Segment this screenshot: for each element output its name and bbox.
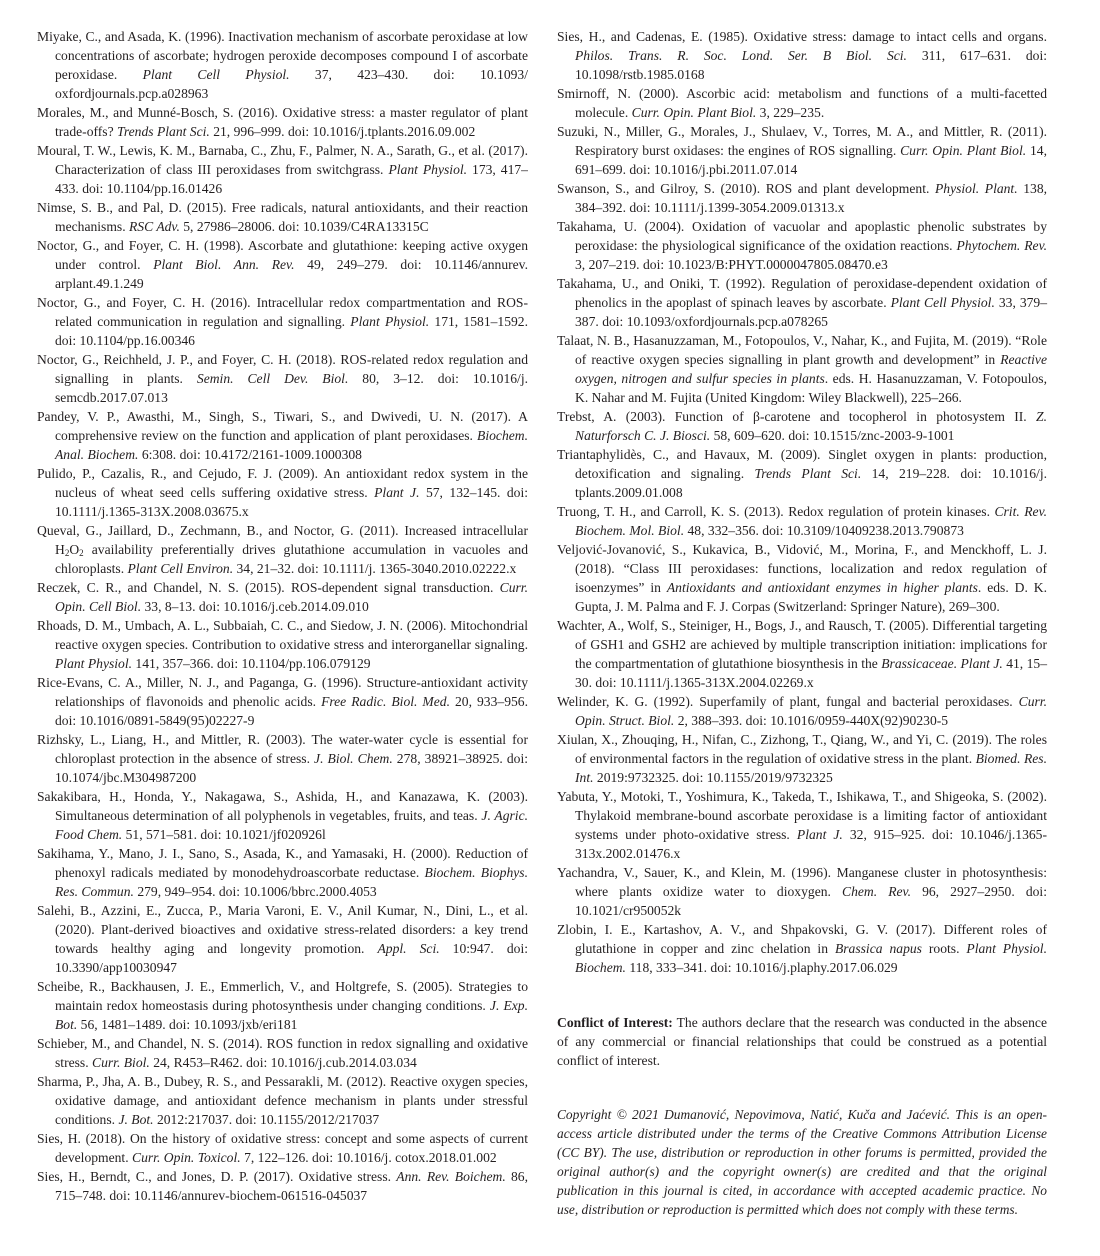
reference-entry: Morales, M., and Munné-Bosch, S. (2016).… <box>37 103 528 141</box>
reference-entry: Truong, T. H., and Carroll, K. S. (2013)… <box>557 502 1047 540</box>
journal-title: Free Radic. Biol. Med. <box>321 694 450 709</box>
reference-entry: Zlobin, I. E., Kartashov, A. V., and Shp… <box>557 920 1047 977</box>
reference-text: 6:308. doi: 10.4172/2161-1009.1000308 <box>138 447 362 462</box>
reference-entry: Triantaphylidès, C., and Havaux, M. (200… <box>557 445 1047 502</box>
reference-entry: Nimse, S. B., and Pal, D. (2015). Free r… <box>37 198 528 236</box>
reference-text: Truong, T. H., and Carroll, K. S. (2013)… <box>557 504 994 519</box>
journal-title: Brassica napus <box>835 941 922 956</box>
journal-title: Curr. Opin. Toxicol. <box>132 1150 241 1165</box>
reference-text: Sies, H., and Cadenas, E. (1985). Oxidat… <box>557 29 1047 44</box>
reference-text: 2012:217037. doi: 10.1155/2012/217037 <box>154 1112 380 1127</box>
reference-entry: Pandey, V. P., Awasthi, M., Singh, S., T… <box>37 407 528 464</box>
reference-entry: Welinder, K. G. (1992). Superfamily of p… <box>557 692 1047 730</box>
reference-text: Welinder, K. G. (1992). Superfamily of p… <box>557 694 1019 709</box>
reference-entry: Xiulan, X., Zhouqing, H., Nifan, C., Ziz… <box>557 730 1047 787</box>
journal-title: Plant Physiol. <box>388 162 467 177</box>
reference-entry: Noctor, G., and Foyer, C. H. (1998). Asc… <box>37 236 528 293</box>
journal-title: Phytochem. Rev. <box>957 238 1048 253</box>
journal-title: Plant J. <box>374 485 419 500</box>
reference-text: Reczek, C. R., and Chandel, N. S. (2015)… <box>37 580 500 595</box>
copyright-notice: Copyright © 2021 Dumanović, Nepovimova, … <box>557 1105 1047 1219</box>
reference-text: 5, 27986–28006. doi: 10.1039/C4RA13315C <box>180 219 429 234</box>
reference-text: 279, 949–954. doi: 10.1006/bbrc.2000.405… <box>134 884 377 899</box>
reference-entry: Wachter, A., Wolf, S., Steiniger, H., Bo… <box>557 616 1047 692</box>
reference-text: Talaat, N. B., Hasanuzzaman, M., Fotopou… <box>557 333 1047 367</box>
reference-text: 58, 609–620. doi: 10.1515/znc-2003-9-100… <box>710 428 954 443</box>
reference-text: Sies, H., Berndt, C., and Jones, D. P. (… <box>37 1169 396 1184</box>
references-right-column: Sies, H., and Cadenas, E. (1985). Oxidat… <box>557 27 1047 1232</box>
conflict-of-interest: Conflict of Interest: The authors declar… <box>557 1013 1047 1070</box>
reference-text: 2, 388–393. doi: 10.1016/0959-440X(92)90… <box>674 713 948 728</box>
journal-title: Plant Cell Physiol. <box>143 67 290 82</box>
reference-text: 141, 357–366. doi: 10.1104/pp.106.079129 <box>132 656 371 671</box>
journal-title: Trends Plant Sci. <box>117 124 210 139</box>
reference-text: 21, 996–999. doi: 10.1016/j.tplants.2016… <box>210 124 475 139</box>
journal-title: J. Bot. <box>118 1112 153 1127</box>
reference-entry: Sharma, P., Jha, A. B., Dubey, R. S., an… <box>37 1072 528 1129</box>
reference-entry: Sies, H., and Cadenas, E. (1985). Oxidat… <box>557 27 1047 84</box>
reference-page: Miyake, C., and Asada, K. (1996). Inacti… <box>0 0 1100 1256</box>
reference-entry: Sakihama, Y., Mano, J. I., Sano, S., Asa… <box>37 844 528 901</box>
journal-title: Ann. Rev. Boichem. <box>396 1169 505 1184</box>
reference-text: Trebst, A. (2003). Function of β-caroten… <box>557 409 1036 424</box>
reference-entry: Rizhsky, L., Liang, H., and Mittler, R. … <box>37 730 528 787</box>
reference-entry: Veljović-Jovanović, S., Kukavica, B., Vi… <box>557 540 1047 616</box>
reference-entry: Scheibe, R., Backhausen, J. E., Emmerlic… <box>37 977 528 1034</box>
reference-entry: Talaat, N. B., Hasanuzzaman, M., Fotopou… <box>557 331 1047 407</box>
reference-entry: Yachandra, V., Sauer, K., and Klein, M. … <box>557 863 1047 920</box>
reference-entry: Yabuta, Y., Motoki, T., Yoshimura, K., T… <box>557 787 1047 863</box>
reference-entry: Noctor, G., Reichheld, J. P., and Foyer,… <box>37 350 528 407</box>
reference-text: roots. <box>922 941 966 956</box>
journal-title: Antioxidants and antioxidant enzymes in … <box>667 580 978 595</box>
reference-entry: Rice-Evans, C. A., Miller, N. J., and Pa… <box>37 673 528 730</box>
journal-title: Plant Biol. Ann. Rev. <box>153 257 294 272</box>
journal-title: Trends Plant Sci. <box>755 466 862 481</box>
journal-title: Plant Physiol. <box>350 314 429 329</box>
reference-entry: Smirnoff, N. (2000). Ascorbic acid: meta… <box>557 84 1047 122</box>
journal-title: Philos. Trans. R. Soc. Lond. Ser. B Biol… <box>575 48 907 63</box>
reference-entry: Sakakibara, H., Honda, Y., Nakagawa, S.,… <box>37 787 528 844</box>
reference-entry: Suzuki, N., Miller, G., Morales, J., Shu… <box>557 122 1047 179</box>
reference-text: Swanson, S., and Gilroy, S. (2010). ROS … <box>557 181 935 196</box>
journal-title: Physiol. Plant. <box>935 181 1018 196</box>
reference-entry: Swanson, S., and Gilroy, S. (2010). ROS … <box>557 179 1047 217</box>
journal-title: Semin. Cell Dev. Biol. <box>197 371 348 386</box>
reference-text: 33, 8–13. doi: 10.1016/j.ceb.2014.09.010 <box>141 599 369 614</box>
reference-entry: Miyake, C., and Asada, K. (1996). Inacti… <box>37 27 528 103</box>
journal-title: Appl. Sci. <box>378 941 440 956</box>
journal-title: Plant Cell Environ. <box>128 561 234 576</box>
reference-text: 34, 21–32. doi: 10.1111/j. 1365-3040.201… <box>233 561 516 576</box>
reference-entry: Takahama, U. (2004). Oxidation of vacuol… <box>557 217 1047 274</box>
reference-entry: Sies, H., Berndt, C., and Jones, D. P. (… <box>37 1167 528 1205</box>
reference-entry: Reczek, C. R., and Chandel, N. S. (2015)… <box>37 578 528 616</box>
reference-text: 24, R453–R462. doi: 10.1016/j.cub.2014.0… <box>150 1055 417 1070</box>
reference-text: Scheibe, R., Backhausen, J. E., Emmerlic… <box>37 979 528 1013</box>
reference-text: 3, 207–219. doi: 10.1023/B:PHYT.00000478… <box>575 257 888 272</box>
journal-title: Brassicaceae. Plant J. <box>881 656 1003 671</box>
journal-title: Chem. Rev. <box>842 884 911 899</box>
journal-title: Plant J. <box>797 827 843 842</box>
reference-entry: Queval, G., Jaillard, D., Zechmann, B., … <box>37 521 528 578</box>
reference-entry: Schieber, M., and Chandel, N. S. (2014).… <box>37 1034 528 1072</box>
reference-text: 48, 332–356. doi: 10.3109/10409238.2013.… <box>684 523 964 538</box>
journal-title: Plant Cell Physiol. <box>891 295 995 310</box>
reference-entry: Noctor, G., and Foyer, C. H. (2016). Int… <box>37 293 528 350</box>
references-right-list: Sies, H., and Cadenas, E. (1985). Oxidat… <box>557 27 1047 977</box>
reference-text: O <box>69 542 79 557</box>
journal-title: Curr. Biol. <box>92 1055 150 1070</box>
conflict-of-interest-heading: Conflict of Interest: <box>557 1015 673 1030</box>
references-left-column: Miyake, C., and Asada, K. (1996). Inacti… <box>37 27 528 1205</box>
reference-entry: Moural, T. W., Lewis, K. M., Barnaba, C.… <box>37 141 528 198</box>
reference-entry: Sies, H. (2018). On the history of oxida… <box>37 1129 528 1167</box>
reference-text: Xiulan, X., Zhouqing, H., Nifan, C., Ziz… <box>557 732 1047 766</box>
reference-entry: Rhoads, D. M., Umbach, A. L., Subbaiah, … <box>37 616 528 673</box>
reference-text: 2019:9732325. doi: 10.1155/2019/9732325 <box>594 770 833 785</box>
reference-text: Sakakibara, H., Honda, Y., Nakagawa, S.,… <box>37 789 528 823</box>
reference-entry: Takahama, U., and Oniki, T. (1992). Regu… <box>557 274 1047 331</box>
journal-title: J. Biol. Chem. <box>314 751 393 766</box>
reference-text: 118, 333–341. doi: 10.1016/j.plaphy.2017… <box>626 960 898 975</box>
journal-title: Curr. Opin. Plant Biol. <box>632 105 757 120</box>
journal-title: RSC Adv. <box>129 219 180 234</box>
journal-title: Curr. Opin. Plant Biol. <box>900 143 1026 158</box>
journal-title: Plant Physiol. <box>55 656 132 671</box>
reference-entry: Pulido, P., Cazalis, R., and Cejudo, F. … <box>37 464 528 521</box>
reference-entry: Trebst, A. (2003). Function of β-caroten… <box>557 407 1047 445</box>
reference-text: 7, 122–126. doi: 10.1016/j. cotox.2018.0… <box>241 1150 497 1165</box>
reference-entry: Salehi, B., Azzini, E., Zucca, P., Maria… <box>37 901 528 977</box>
reference-text: 56, 1481–1489. doi: 10.1093/jxb/eri181 <box>77 1017 297 1032</box>
reference-text: 51, 571–581. doi: 10.1021/jf020926l <box>122 827 326 842</box>
reference-text: 3, 229–235. <box>756 105 824 120</box>
reference-text: Rhoads, D. M., Umbach, A. L., Subbaiah, … <box>37 618 528 652</box>
reference-text: Pandey, V. P., Awasthi, M., Singh, S., T… <box>37 409 528 443</box>
